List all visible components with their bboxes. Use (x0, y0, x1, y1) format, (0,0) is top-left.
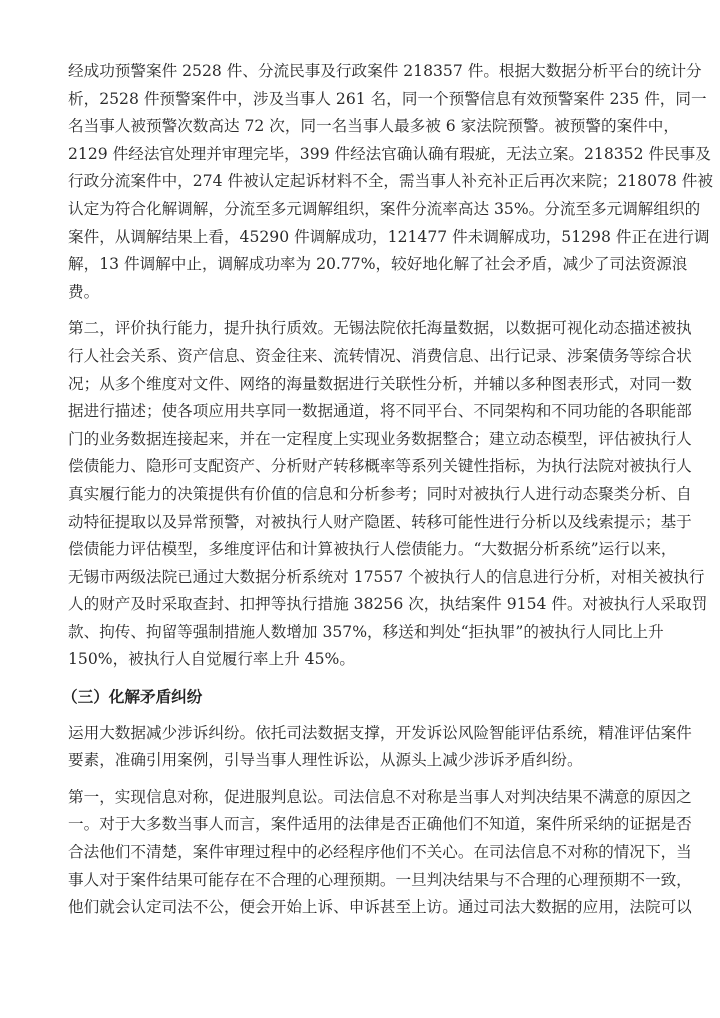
text-line: 案件，从调解结果上看，45290 件调解成功，121477 件未调解成功，512… (68, 224, 658, 252)
text-line: 况；从多个维度对文件、网络的海量数据进行关联性分析，并辅以多种图表形式，对同一数 (68, 371, 658, 399)
text-line: 无锡市两级法院已通过大数据分析系统对 17557 个被执行人的信息进行分析，对相… (68, 564, 658, 592)
text-line: 门的业务数据连接起来，并在一定程度上实现业务数据整合；建立动态模型，评估被执行人 (68, 426, 658, 454)
text-line: 第一，实现信息对称，促进服判息讼。司法信息不对称是当事人对判决结果不满意的原因之 (68, 784, 658, 812)
text-line: 动特征提取以及异常预警，对被执行人财产隐匿、转移可能性进行分析以及线索提示；基于 (68, 509, 658, 537)
paragraph-execution-capability: 第二，评价执行能力，提升执行质效。无锡法院依托海量数据，以数据可视化动态描述被执… (68, 315, 658, 674)
text-line: 行政分流案件中，274 件被认定起诉材料不全，需当事人补充补正后再次来院；218… (68, 168, 658, 196)
text-line: 据进行描述；使各项应用共享同一数据通道，将不同平台、不同架构和不同功能的各职能部 (68, 398, 658, 426)
text-line: 150%，被执行人自觉履行率上升 45%。 (68, 646, 658, 674)
text-line: 真实履行能力的决策提供有价值的信息和分析参考；同时对被执行人进行动态聚类分析、自 (68, 481, 658, 509)
text-line: 解，13 件调解中止，调解成功率为 20.77%，较好地化解了社会矛盾，减少了司… (68, 251, 658, 279)
text-line: 一。对于大多数当事人而言，案件适用的法律是否正确他们不知道，案件所采纳的证据是否 (68, 811, 658, 839)
text-line: 款、拘传、拘留等强制措施人数增加 357%，移送和判处“拒执罪”的被执行人同比上… (68, 619, 658, 647)
text-line: 2129 件经法官处理并审理完毕，399 件经法官确认确有瑕疵，无法立案。218… (68, 141, 658, 169)
text-line: 运用大数据减少涉诉纠纷。依托司法数据支撑，开发诉讼风险智能评估系统，精准评估案件 (68, 720, 658, 748)
text-line: 费。 (68, 279, 658, 307)
text-line: 偿债能力、隐形可支配资产、分析财产转移概率等系列关键性指标，为执行法院对被执行人 (68, 453, 658, 481)
document-page: 经成功预警案件 2528 件、分流民事及行政案件 218357 件。根据大数据分… (68, 58, 658, 931)
text-line: 认定为符合化解调解，分流至多元调解组织，案件分流率高达 35%。分流至多元调解组… (68, 196, 658, 224)
text-line: 要素，准确引用案例，引导当事人理性诉讼，从源头上减少涉诉矛盾纠纷。 (68, 747, 658, 775)
text-line: 析，2528 件预警案件中，涉及当事人 261 名，同一个预警信息有效预警案件 … (68, 86, 658, 114)
text-line: 行人社会关系、资产信息、资金往来、流转情况、消费信息、出行记录、涉案债务等综合状 (68, 343, 658, 371)
text-line: 经成功预警案件 2528 件、分流民事及行政案件 218357 件。根据大数据分… (68, 58, 658, 86)
paragraph-information-symmetry: 第一，实现信息对称，促进服判息讼。司法信息不对称是当事人对判决结果不满意的原因之… (68, 784, 658, 922)
text-line: 合法他们不清楚，案件审理过程中的必经程序他们不关心。在司法信息不对称的情况下，当 (68, 839, 658, 867)
section-heading: （三）化解矛盾纠纷 (62, 683, 658, 711)
text-line: 事人对于案件结果可能存在不合理的心理预期。一旦判决结果与不合理的心理预期不一致， (68, 867, 658, 895)
text-line: 人的财产及时采取查封、扣押等执行措施 38256 次，执结案件 9154 件。对… (68, 591, 658, 619)
text-line: 名当事人被预警次数高达 72 次，同一名当事人最多被 6 家法院预警。被预警的案… (68, 113, 658, 141)
paragraph-reduce-litigation: 运用大数据减少涉诉纠纷。依托司法数据支撑，开发诉讼风险智能评估系统，精准评估案件… (68, 720, 658, 775)
text-line: 偿债能力评估模型，多维度评估和计算被执行人偿债能力。“大数据分析系统”运行以来， (68, 536, 658, 564)
text-line: 第二，评价执行能力，提升执行质效。无锡法院依托海量数据，以数据可视化动态描述被执 (68, 315, 658, 343)
text-line: 他们就会认定司法不公，便会开始上诉、申诉甚至上访。通过司法大数据的应用，法院可以 (68, 894, 658, 922)
paragraph-diversion-results: 经成功预警案件 2528 件、分流民事及行政案件 218357 件。根据大数据分… (68, 58, 658, 306)
